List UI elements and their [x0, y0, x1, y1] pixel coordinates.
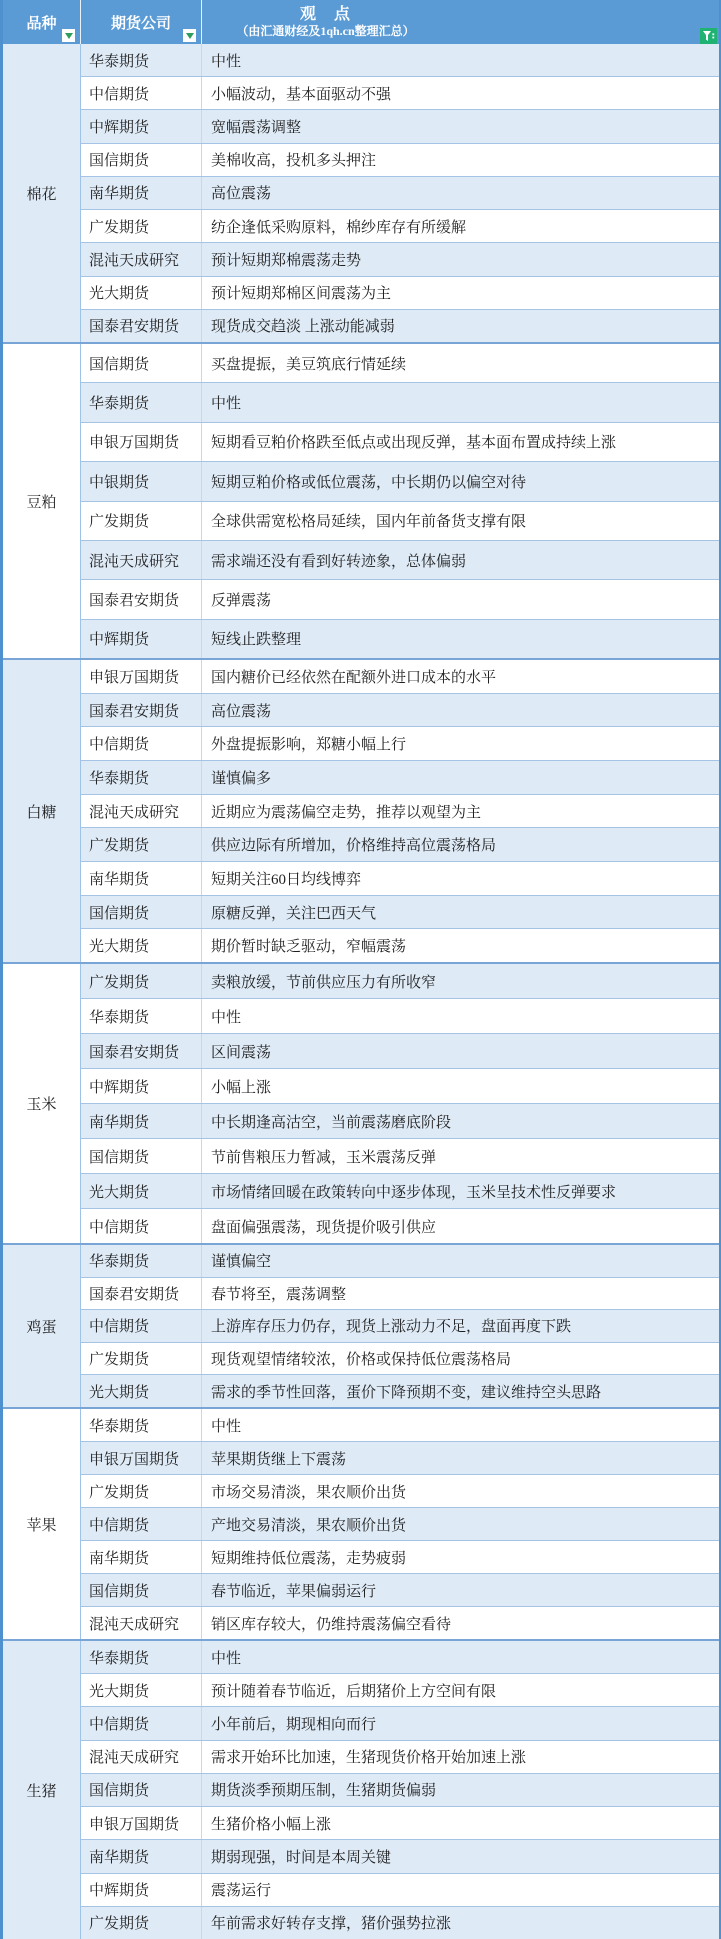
company-cell: 中银期货	[81, 462, 202, 500]
company-cell: 广发期货	[81, 964, 202, 998]
table-row: 中信期货 产地交易清淡，果农顺价出货	[81, 1507, 719, 1540]
view-cell: 盘面偏强震荡，现货提价吸引供应	[202, 1209, 719, 1243]
view-cell: 中性	[202, 999, 719, 1033]
commodity-group: 棉花 华泰期货 中性 中信期货 小幅波动，基本面驱动不强 中辉期货 宽幅震荡调整…	[3, 44, 719, 342]
view-cell: 中性	[202, 1409, 719, 1441]
table-row: 华泰期货 中性	[81, 44, 719, 76]
company-cell: 华泰期货	[81, 1245, 202, 1277]
table-row: 国信期货 节前售粮压力暂减，玉米震荡反弹	[81, 1138, 719, 1173]
view-cell: 谨慎偏空	[202, 1245, 719, 1277]
company-cell: 光大期货	[81, 1174, 202, 1208]
table-row: 南华期货 短期维持低位震荡，走势疲弱	[81, 1540, 719, 1573]
variety-cell: 白糖	[3, 660, 81, 962]
table-row: 国泰君安期货 春节将至，震荡调整	[81, 1277, 719, 1310]
table-row: 国信期货 原糖反弹，关注巴西天气	[81, 895, 719, 929]
company-cell: 国泰君安期货	[81, 1278, 202, 1310]
view-cell: 小幅上涨	[202, 1069, 719, 1103]
variety-filter-dropdown-icon[interactable]	[62, 29, 75, 42]
table-row: 南华期货 高位震荡	[81, 176, 719, 209]
table-row: 光大期货 预计短期郑棉区间震荡为主	[81, 276, 719, 309]
table-row: 国泰君安期货 反弹震荡	[81, 579, 719, 618]
view-cell: 现货成交趋淡 上涨动能减弱	[202, 310, 719, 342]
company-cell: 中信期货	[81, 727, 202, 760]
table-row: 中信期货 上游库存压力仍存，现货上涨动力不足，盘面再度下跌	[81, 1309, 719, 1342]
view-cell: 需求开始环比加速，生猪现货价格开始加速上涨	[202, 1741, 719, 1773]
table-row: 国泰君安期货 高位震荡	[81, 693, 719, 727]
company-cell: 华泰期货	[81, 383, 202, 421]
commodity-group: 豆粕 国信期货 买盘提振，美豆筑底行情延续 华泰期货 中性 申银万国期货 短期看…	[3, 342, 719, 658]
header-cell-company: 期货公司	[81, 0, 202, 44]
table-row: 中辉期货 小幅上涨	[81, 1068, 719, 1103]
view-cell: 短期维持低位震荡，走势疲弱	[202, 1541, 719, 1573]
commodity-group: 鸡蛋 华泰期货 谨慎偏空 国泰君安期货 春节将至，震荡调整 中信期货 上游库存压…	[3, 1243, 719, 1407]
view-cell: 供应边际有所增加，价格维持高位震荡格局	[202, 828, 719, 861]
view-cell: 市场情绪回暖在政策转向中逐步体现，玉米呈技术性反弹要求	[202, 1174, 719, 1208]
view-cell: 年前需求好转存支撑，猪价强势拉涨	[202, 1907, 719, 1939]
view-cell: 需求端还没有看到好转迹象，总体偏弱	[202, 541, 719, 579]
company-cell: 光大期货	[81, 1674, 202, 1706]
company-cell: 华泰期货	[81, 761, 202, 794]
view-cell: 预计随着春节临近，后期猪价上方空间有限	[202, 1674, 719, 1706]
table-row: 国信期货 期货淡季预期压制，生猪期货偏弱	[81, 1773, 719, 1806]
table-row: 混沌天成研究 销区库存较大，仍维持震荡偏空看待	[81, 1606, 719, 1639]
group-rows: 国信期货 买盘提振，美豆筑底行情延续 华泰期货 中性 申银万国期货 短期看豆粕价…	[81, 344, 719, 658]
table-row: 广发期货 全球供需宽松格局延续，国内年前备货支撑有限	[81, 501, 719, 540]
table-row: 华泰期货 谨慎偏多	[81, 760, 719, 794]
table-row: 申银万国期货 国内糖价已经依然在配额外进口成本的水平	[81, 660, 719, 693]
view-cell: 苹果期货继上下震荡	[202, 1442, 719, 1474]
variety-cell: 苹果	[3, 1409, 81, 1639]
company-cell: 中信期货	[81, 1310, 202, 1342]
table-row: 混沌天成研究 预计短期郑棉震荡走势	[81, 242, 719, 275]
variety-cell: 豆粕	[3, 344, 81, 658]
view-cell: 国内糖价已经依然在配额外进口成本的水平	[202, 660, 719, 693]
group-rows: 华泰期货 谨慎偏空 国泰君安期货 春节将至，震荡调整 中信期货 上游库存压力仍存…	[81, 1245, 719, 1407]
company-cell: 国泰君安期货	[81, 310, 202, 342]
company-cell: 混沌天成研究	[81, 1607, 202, 1639]
variety-header-label: 品种	[26, 12, 56, 33]
view-cell: 预计短期郑棉区间震荡为主	[202, 277, 719, 309]
view-cell: 期货淡季预期压制，生猪期货偏弱	[202, 1774, 719, 1806]
table-row: 国泰君安期货 区间震荡	[81, 1033, 719, 1068]
table-row: 申银万国期货 生猪价格小幅上涨	[81, 1806, 719, 1839]
table-row: 南华期货 中长期逢高沽空，当前震荡磨底阶段	[81, 1103, 719, 1138]
view-cell: 小年前后，期现相向而行	[202, 1707, 719, 1739]
view-cell: 近期应为震荡偏空走势，推荐以观望为主	[202, 795, 719, 828]
variety-label: 棉花	[26, 183, 56, 204]
table-row: 混沌天成研究 需求开始环比加速，生猪现货价格开始加速上涨	[81, 1740, 719, 1773]
company-cell: 国信期货	[81, 344, 202, 382]
table-row: 中辉期货 震荡运行	[81, 1873, 719, 1906]
table-row: 中信期货 小幅波动，基本面驱动不强	[81, 76, 719, 109]
opinions-table: 品种 期货公司 观 点 （由汇通财经及1qh.cn整理汇总） 棉花 华泰期货 中…	[0, 0, 721, 1939]
table-row: 中信期货 盘面偏强震荡，现货提价吸引供应	[81, 1208, 719, 1243]
variety-label: 苹果	[26, 1514, 56, 1535]
variety-cell: 棉花	[3, 44, 81, 342]
view-cell: 春节将至，震荡调整	[202, 1278, 719, 1310]
variety-label: 白糖	[26, 801, 56, 822]
company-cell: 广发期货	[81, 502, 202, 540]
view-cell: 震荡运行	[202, 1874, 719, 1906]
commodity-group: 苹果 华泰期货 中性 申银万国期货 苹果期货继上下震荡 广发期货 市场交易清淡，…	[3, 1407, 719, 1639]
company-cell: 混沌天成研究	[81, 1741, 202, 1773]
view-cell: 宽幅震荡调整	[202, 110, 719, 142]
table-row: 华泰期货 中性	[81, 1641, 719, 1673]
company-cell: 华泰期货	[81, 999, 202, 1033]
table-row: 混沌天成研究 近期应为震荡偏空走势，推荐以观望为主	[81, 794, 719, 828]
company-cell: 光大期货	[81, 929, 202, 962]
view-cell: 期价暂时缺乏驱动，窄幅震荡	[202, 929, 719, 962]
company-cell: 中辉期货	[81, 1874, 202, 1906]
table-row: 广发期货 现货观望情绪较浓，价格或保持低位震荡格局	[81, 1342, 719, 1375]
variety-cell: 生猪	[3, 1641, 81, 1939]
chevron-down-icon	[186, 33, 194, 39]
table-row: 华泰期货 中性	[81, 998, 719, 1033]
company-cell: 广发期货	[81, 1475, 202, 1507]
company-cell: 南华期货	[81, 1104, 202, 1138]
funnel-glyph	[702, 30, 715, 43]
view-cell: 中性	[202, 383, 719, 421]
table-row: 广发期货 纺企逢低采购原料，棉纱库存有所缓解	[81, 209, 719, 242]
chevron-down-icon	[65, 33, 73, 39]
variety-label: 豆粕	[26, 491, 56, 512]
view-cell: 短线止跌整理	[202, 620, 719, 658]
view-cell: 外盘提振影响，郑糖小幅上行	[202, 727, 719, 760]
view-cell: 中长期逢高沽空，当前震荡磨底阶段	[202, 1104, 719, 1138]
table-row: 申银万国期货 短期看豆粕价格跌至低点或出现反弹，基本面布置成持续上涨	[81, 422, 719, 461]
table-row: 国信期货 美棉收高，投机多头押注	[81, 143, 719, 176]
company-cell: 申银万国期货	[81, 1807, 202, 1839]
view-cell: 反弹震荡	[202, 580, 719, 618]
table-row: 南华期货 期弱现强，时间是本周关键	[81, 1839, 719, 1872]
commodity-group: 玉米 广发期货 卖粮放缓，节前供应压力有所收窄 华泰期货 中性 国泰君安期货 区…	[3, 962, 719, 1243]
company-cell: 国信期货	[81, 1774, 202, 1806]
view-cell: 春节临近，苹果偏弱运行	[202, 1574, 719, 1606]
commodity-group: 白糖 申银万国期货 国内糖价已经依然在配额外进口成本的水平 国泰君安期货 高位震…	[3, 658, 719, 962]
view-cell: 节前售粮压力暂减，玉米震荡反弹	[202, 1139, 719, 1173]
variety-cell: 玉米	[3, 964, 81, 1243]
view-cell: 全球供需宽松格局延续，国内年前备货支撑有限	[202, 502, 719, 540]
company-cell: 国信期货	[81, 144, 202, 176]
table-row: 国信期货 买盘提振，美豆筑底行情延续	[81, 344, 719, 382]
company-cell: 光大期货	[81, 277, 202, 309]
table-row: 广发期货 卖粮放缓，节前供应压力有所收窄	[81, 964, 719, 998]
company-cell: 混沌天成研究	[81, 795, 202, 828]
company-filter-dropdown-icon[interactable]	[183, 29, 196, 42]
company-cell: 南华期货	[81, 862, 202, 895]
view-cell: 生猪价格小幅上涨	[202, 1807, 719, 1839]
table-row: 中辉期货 宽幅震荡调整	[81, 109, 719, 142]
view-cell: 期弱现强，时间是本周关键	[202, 1840, 719, 1872]
view-cell: 纺企逢低采购原料，棉纱库存有所缓解	[202, 210, 719, 242]
view-cell: 预计短期郑棉震荡走势	[202, 243, 719, 275]
variety-label: 玉米	[26, 1093, 56, 1114]
view-cell: 买盘提振，美豆筑底行情延续	[202, 344, 719, 382]
company-cell: 华泰期货	[81, 44, 202, 76]
view-cell: 销区库存较大，仍维持震荡偏空看待	[202, 1607, 719, 1639]
company-cell: 南华期货	[81, 1840, 202, 1872]
company-cell: 国信期货	[81, 1574, 202, 1606]
view-header-label: 观 点	[300, 5, 351, 24]
table-row: 国泰君安期货 现货成交趋淡 上涨动能减弱	[81, 309, 719, 342]
company-cell: 光大期货	[81, 1375, 202, 1407]
company-cell: 国信期货	[81, 896, 202, 929]
variety-label: 鸡蛋	[26, 1316, 56, 1337]
table-row: 中辉期货 短线止跌整理	[81, 619, 719, 658]
table-row: 南华期货 短期关注60日均线博弈	[81, 861, 719, 895]
table-row: 光大期货 期价暂时缺乏驱动，窄幅震荡	[81, 928, 719, 962]
view-cell: 上游库存压力仍存，现货上涨动力不足，盘面再度下跌	[202, 1310, 719, 1342]
view-cell: 市场交易清淡，果农顺价出货	[202, 1475, 719, 1507]
view-cell: 美棉收高，投机多头押注	[202, 144, 719, 176]
variety-label: 生猪	[26, 1780, 56, 1801]
view-cell: 高位震荡	[202, 177, 719, 209]
company-cell: 华泰期货	[81, 1641, 202, 1673]
view-cell: 产地交易清淡，果农顺价出货	[202, 1508, 719, 1540]
table-header: 品种 期货公司 观 点 （由汇通财经及1qh.cn整理汇总）	[3, 0, 719, 44]
view-cell: 短期关注60日均线博弈	[202, 862, 719, 895]
view-cell: 中性	[202, 44, 719, 76]
table-row: 光大期货 需求的季节性回落，蛋价下降预期不变，建议维持空头思路	[81, 1374, 719, 1407]
company-cell: 华泰期货	[81, 1409, 202, 1441]
group-rows: 华泰期货 中性 光大期货 预计随着春节临近，后期猪价上方空间有限 中信期货 小年…	[81, 1641, 719, 1939]
company-cell: 混沌天成研究	[81, 541, 202, 579]
table-row: 广发期货 供应边际有所增加，价格维持高位震荡格局	[81, 827, 719, 861]
commodity-group: 生猪 华泰期货 中性 光大期货 预计随着春节临近，后期猪价上方空间有限 中信期货…	[3, 1639, 719, 1939]
variety-cell: 鸡蛋	[3, 1245, 81, 1407]
company-cell: 国泰君安期货	[81, 694, 202, 727]
view-header-subtitle: （由汇通财经及1qh.cn整理汇总）	[236, 24, 414, 39]
table-row: 混沌天成研究 需求端还没有看到好转迹象，总体偏弱	[81, 540, 719, 579]
company-header-label: 期货公司	[111, 12, 171, 33]
company-cell: 中辉期货	[81, 1069, 202, 1103]
view-cell: 谨慎偏多	[202, 761, 719, 794]
view-cell: 需求的季节性回落，蛋价下降预期不变，建议维持空头思路	[202, 1375, 719, 1407]
table-row: 广发期货 市场交易清淡，果农顺价出货	[81, 1474, 719, 1507]
view-cell: 区间震荡	[202, 1034, 719, 1068]
company-cell: 中信期货	[81, 1209, 202, 1243]
company-cell: 南华期货	[81, 177, 202, 209]
table-row: 中信期货 外盘提振影响，郑糖小幅上行	[81, 726, 719, 760]
company-cell: 中信期货	[81, 1707, 202, 1739]
company-cell: 混沌天成研究	[81, 243, 202, 275]
table-row: 国信期货 春节临近，苹果偏弱运行	[81, 1573, 719, 1606]
company-cell: 南华期货	[81, 1541, 202, 1573]
view-cell: 中性	[202, 1641, 719, 1673]
filter-funnel-icon[interactable]	[700, 28, 717, 44]
table-row: 华泰期货 中性	[81, 1409, 719, 1441]
company-cell: 中信期货	[81, 77, 202, 109]
company-cell: 广发期货	[81, 1907, 202, 1939]
table-row: 光大期货 市场情绪回暖在政策转向中逐步体现，玉米呈技术性反弹要求	[81, 1173, 719, 1208]
company-cell: 中辉期货	[81, 110, 202, 142]
company-cell: 国泰君安期货	[81, 1034, 202, 1068]
group-rows: 申银万国期货 国内糖价已经依然在配额外进口成本的水平 国泰君安期货 高位震荡 中…	[81, 660, 719, 962]
group-rows: 华泰期货 中性 申银万国期货 苹果期货继上下震荡 广发期货 市场交易清淡，果农顺…	[81, 1409, 719, 1639]
view-cell: 现货观望情绪较浓，价格或保持低位震荡格局	[202, 1343, 719, 1375]
group-rows: 广发期货 卖粮放缓，节前供应压力有所收窄 华泰期货 中性 国泰君安期货 区间震荡…	[81, 964, 719, 1243]
table-body: 棉花 华泰期货 中性 中信期货 小幅波动，基本面驱动不强 中辉期货 宽幅震荡调整…	[3, 44, 719, 1939]
company-cell: 中信期货	[81, 1508, 202, 1540]
table-row: 中信期货 小年前后，期现相向而行	[81, 1706, 719, 1739]
group-rows: 华泰期货 中性 中信期货 小幅波动，基本面驱动不强 中辉期货 宽幅震荡调整 国信…	[81, 44, 719, 342]
header-cell-variety: 品种	[3, 0, 81, 44]
table-row: 中银期货 短期豆粕价格或低位震荡，中长期仍以偏空对待	[81, 461, 719, 500]
view-cell: 小幅波动，基本面驱动不强	[202, 77, 719, 109]
table-row: 光大期货 预计随着春节临近，后期猪价上方空间有限	[81, 1673, 719, 1706]
view-cell: 高位震荡	[202, 694, 719, 727]
view-cell: 原糖反弹，关注巴西天气	[202, 896, 719, 929]
view-cell: 短期豆粕价格或低位震荡，中长期仍以偏空对待	[202, 462, 719, 500]
company-cell: 广发期货	[81, 1343, 202, 1375]
company-cell: 申银万国期货	[81, 423, 202, 461]
table-row: 广发期货 年前需求好转存支撑，猪价强势拉涨	[81, 1906, 719, 1939]
table-row: 华泰期货 谨慎偏空	[81, 1245, 719, 1277]
company-cell: 国信期货	[81, 1139, 202, 1173]
table-row: 华泰期货 中性	[81, 382, 719, 421]
company-cell: 广发期货	[81, 828, 202, 861]
view-cell: 短期看豆粕价格跌至低点或出现反弹，基本面布置成持续上涨	[202, 423, 719, 461]
company-cell: 中辉期货	[81, 620, 202, 658]
header-cell-view: 观 点 （由汇通财经及1qh.cn整理汇总）	[202, 0, 719, 44]
view-cell: 卖粮放缓，节前供应压力有所收窄	[202, 964, 719, 998]
company-cell: 广发期货	[81, 210, 202, 242]
company-cell: 申银万国期货	[81, 1442, 202, 1474]
company-cell: 申银万国期货	[81, 660, 202, 693]
table-row: 申银万国期货 苹果期货继上下震荡	[81, 1441, 719, 1474]
company-cell: 国泰君安期货	[81, 580, 202, 618]
